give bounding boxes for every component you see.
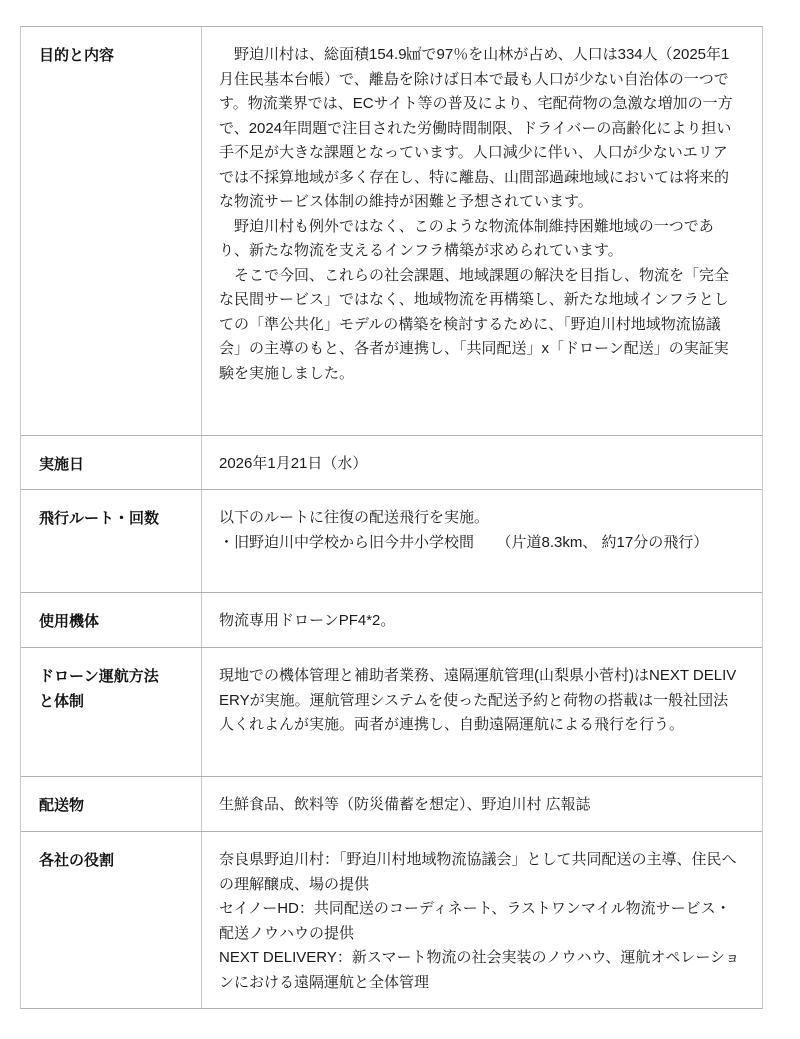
row-cargo-label: 配送物 <box>21 777 202 831</box>
row-purpose-content: 野迫川村は、総面積154.9㎢で97％を山林が占め、人口は334人（2025年1… <box>202 27 762 435</box>
row-aircraft-content: 物流専用ドローンPF4*2。 <box>202 593 762 647</box>
paragraph: ・旧野迫川中学校から旧今井小学校間 （片道8.3km、 約17分の飛行） <box>219 531 742 556</box>
row-company-roles: 各社の役割 奈良県野迫川村：「野迫川村地域物流協議会」として共同配送の主導、住民… <box>21 831 762 1008</box>
row-flight-route-content: 以下のルートに往復の配送飛行を実施。・旧野迫川中学校から旧今井小学校間 （片道8… <box>202 490 762 592</box>
row-purpose: 目的と内容 野迫川村は、総面積154.9㎢で97％を山林が占め、人口は334人（… <box>21 27 762 435</box>
row-date-content: 2026年1月21日（水） <box>202 436 762 489</box>
paragraph: 以下のルートに往復の配送飛行を実施。 <box>219 506 742 531</box>
row-flight-route-label: 飛行ルート・回数 <box>21 490 202 592</box>
paragraph: NEXT DELIVERY：新スマート物流の社会実装のノウハウ、運航オペレーショ… <box>219 946 742 995</box>
paragraph: 野迫川村は、総面積154.9㎢で97％を山林が占め、人口は334人（2025年1… <box>219 43 742 215</box>
row-operation-method: ドローン運航方法と体制 現地での機体管理と補助者業務、遠隔運航管理(山梨県小菅村… <box>21 647 762 776</box>
paragraph: セイノーHD：共同配送のコーディネート、ラストワンマイル物流サービス・配送ノウハ… <box>219 897 742 946</box>
row-date: 実施日 2026年1月21日（水） <box>21 435 762 489</box>
paragraph: 物流専用ドローンPF4*2。 <box>219 609 742 634</box>
row-aircraft-label: 使用機体 <box>21 593 202 647</box>
row-cargo: 配送物 生鮮食品、飲料等（防災備蓄を想定）、野迫川村 広報誌 <box>21 776 762 831</box>
row-company-roles-content: 奈良県野迫川村：「野迫川村地域物流協議会」として共同配送の主導、住民への理解醸成… <box>202 832 762 1008</box>
paragraph: そこで今回、これらの社会課題、地域課題の解決を目指し、物流を「完全な民間サービス… <box>219 264 742 387</box>
row-operation-method-content: 現地での機体管理と補助者業務、遠隔運航管理(山梨県小菅村)はNEXT DELIV… <box>202 648 762 776</box>
paragraph: 2026年1月21日（水） <box>219 452 742 477</box>
row-date-label: 実施日 <box>21 436 202 489</box>
row-cargo-content: 生鮮食品、飲料等（防災備蓄を想定）、野迫川村 広報誌 <box>202 777 762 831</box>
paragraph: 現地での機体管理と補助者業務、遠隔運航管理(山梨県小菅村)はNEXT DELIV… <box>219 664 742 738</box>
row-flight-route: 飛行ルート・回数 以下のルートに往復の配送飛行を実施。・旧野迫川中学校から旧今井… <box>21 489 762 592</box>
paragraph: 野迫川村も例外ではなく、このような物流体制維持困難地域の一つであり、新たな物流を… <box>219 215 742 264</box>
row-purpose-label: 目的と内容 <box>21 27 202 435</box>
paragraph: 奈良県野迫川村：「野迫川村地域物流協議会」として共同配送の主導、住民への理解醸成… <box>219 848 742 897</box>
spec-table: 目的と内容 野迫川村は、総面積154.9㎢で97％を山林が占め、人口は334人（… <box>20 26 763 1009</box>
row-company-roles-label: 各社の役割 <box>21 832 202 1008</box>
row-operation-method-label: ドローン運航方法と体制 <box>21 648 202 776</box>
row-aircraft: 使用機体 物流専用ドローンPF4*2。 <box>21 592 762 647</box>
paragraph: 生鮮食品、飲料等（防災備蓄を想定）、野迫川村 広報誌 <box>219 793 742 818</box>
